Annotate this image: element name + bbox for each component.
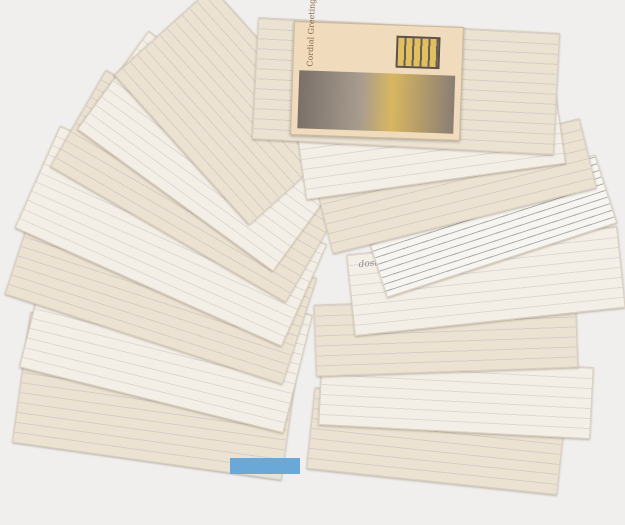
greeting-card: Cordial Greetings [290,21,464,141]
letter-pile: Tím partackí Ano vic jiné pálku Milá Bož… [0,0,625,525]
card-illustration [297,70,455,133]
greeting-card-title: Cordial Greetings [305,0,317,67]
blue-envelope-edge [230,458,300,474]
card-illustration-window [395,36,440,70]
